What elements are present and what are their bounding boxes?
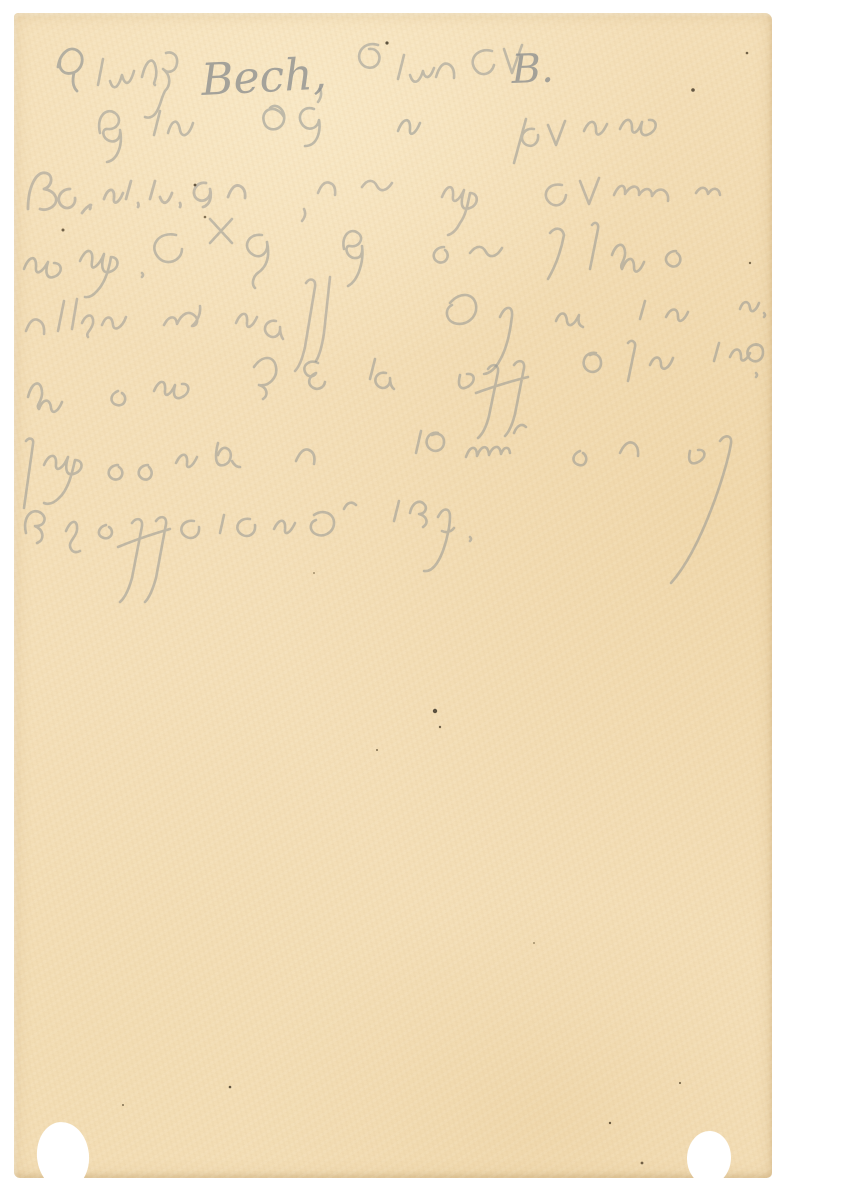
paper-speck [609,1122,611,1124]
paper-speck [433,709,437,713]
paper-speck [229,1086,232,1089]
paper-speck [679,1082,681,1084]
paper-speck [533,942,535,944]
longhand-initial-b: B. [510,46,555,93]
shorthand-stroke [26,277,330,371]
paper-speck [313,572,315,574]
longhand-word-bech: Bech, [199,48,328,106]
shorthand-stroke [459,341,763,438]
paper-speck [641,1162,644,1165]
handwriting-layer: Bech, B. [14,13,772,1178]
paper-speck [439,726,441,728]
paper-speck [746,52,749,55]
paper-speck [122,1104,124,1106]
shorthand-stroke [28,173,245,213]
paper-speck [385,41,388,44]
shorthand-stroke [318,44,522,102]
shorthand-stroke [263,106,420,146]
shorthand-stroke [302,178,720,235]
paper-speck [62,229,65,232]
shorthand-stroke [98,52,177,117]
paper-sheet: Bech, B. [14,13,772,1178]
paper-speck [204,216,207,219]
shorthand-stroke [311,501,471,571]
shorthand-stroke [28,358,394,412]
punch-hole-left [34,1119,93,1178]
shorthand-stroke [25,511,295,602]
shorthand-stroke [58,49,82,91]
shorthand-stroke [24,439,314,508]
punch-hole-right [686,1130,733,1178]
paper-speck [749,262,751,264]
shorthand-stroke [24,219,268,297]
shorthand-stroke [343,223,680,286]
shorthand-stroke [514,119,656,163]
paper-speck [194,184,197,187]
shorthand-stroke [447,295,765,374]
paper-speck [376,749,378,751]
shorthand-stroke [416,425,731,583]
paper-speck [691,88,695,92]
